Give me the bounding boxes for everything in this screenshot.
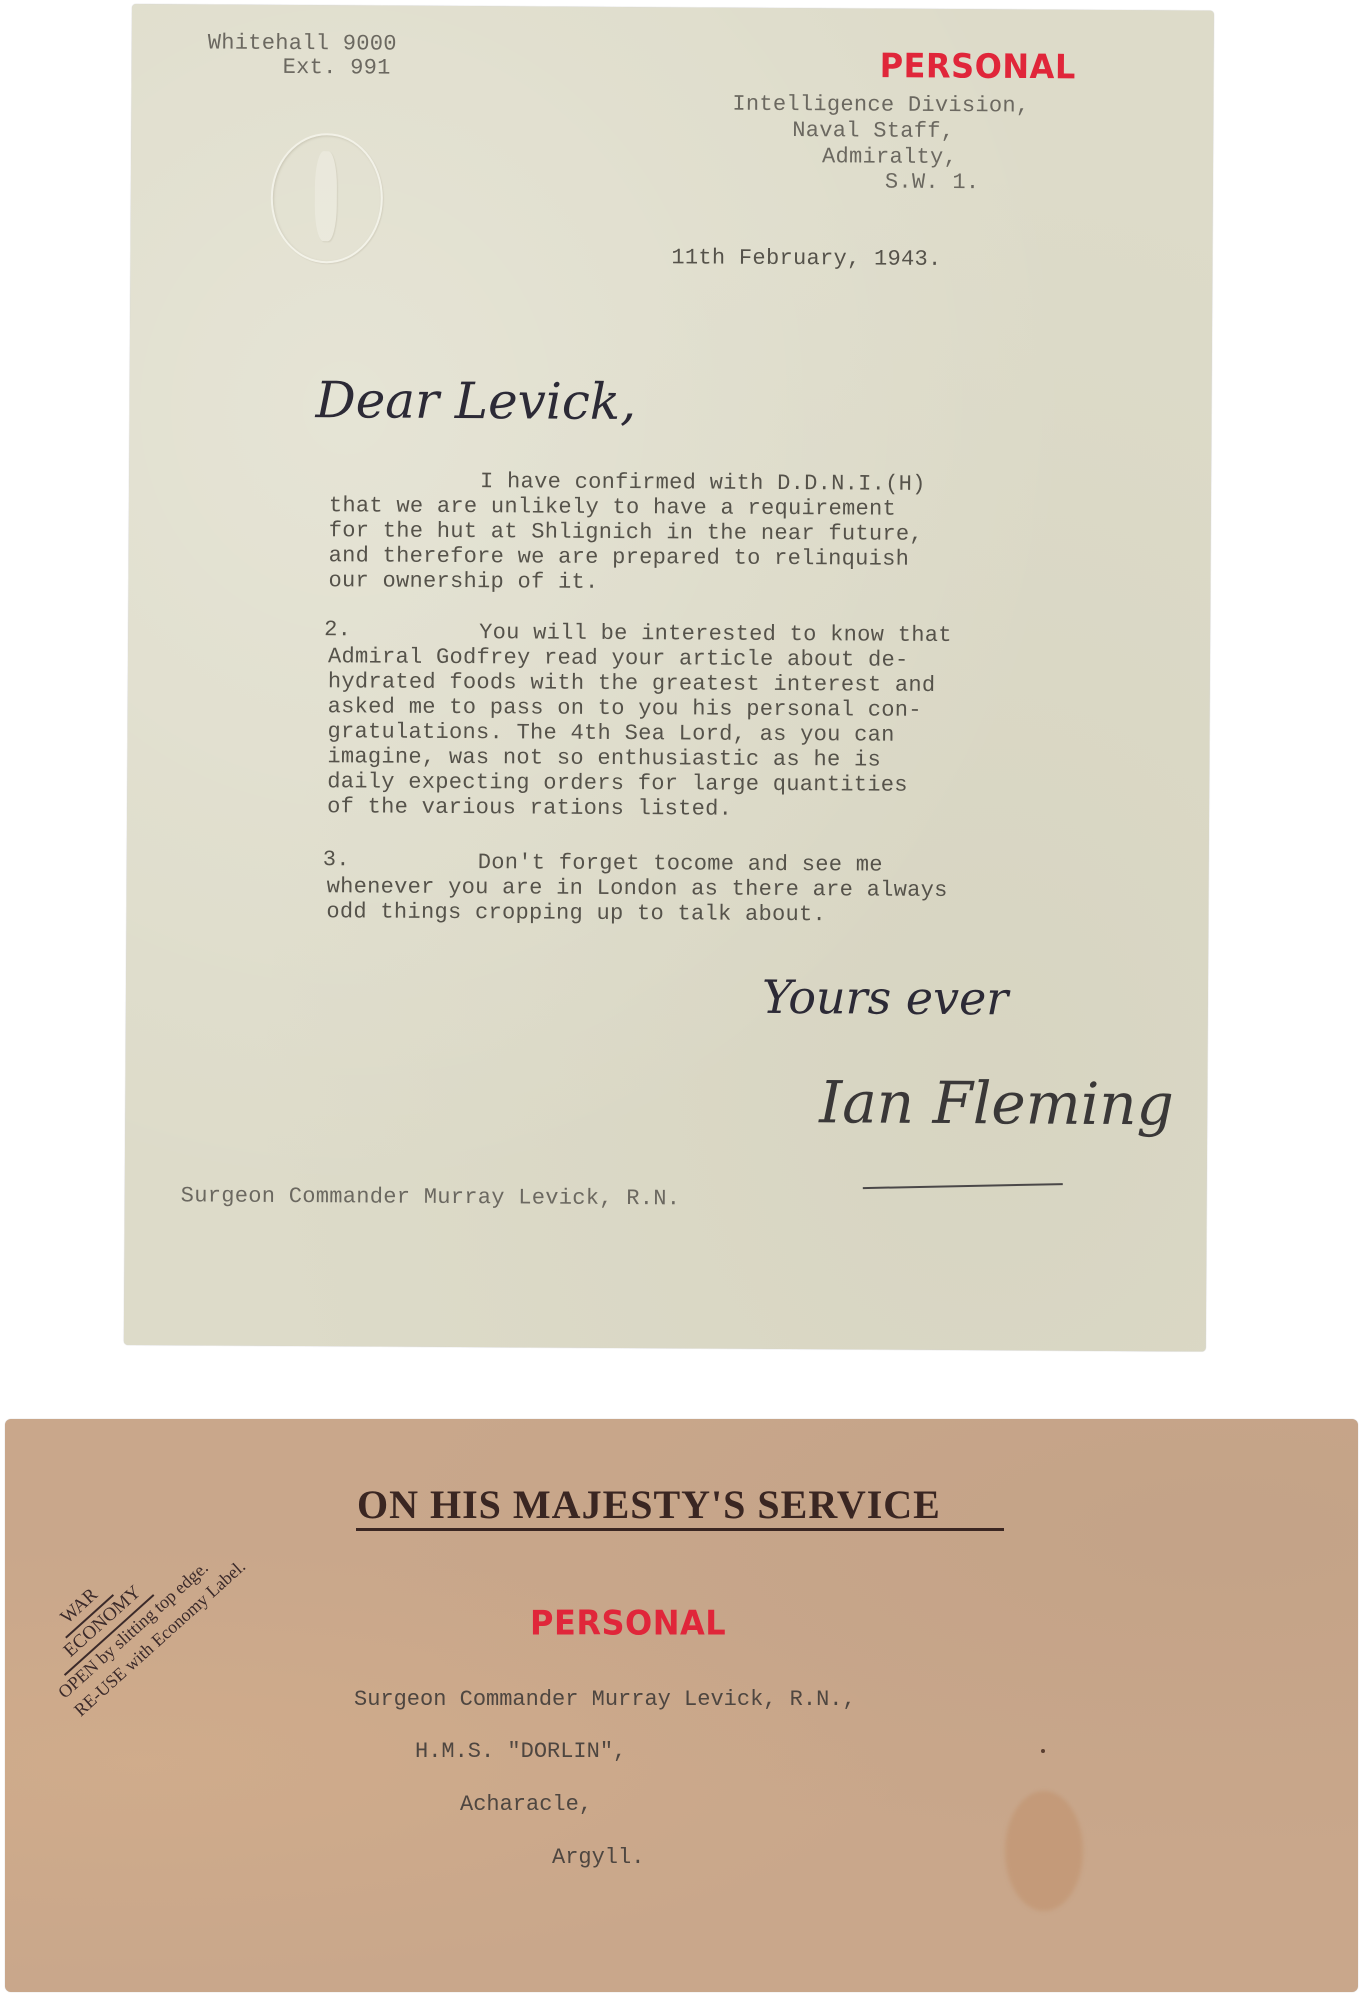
envelope-personal-stamp: PERSONAL bbox=[530, 1603, 726, 1643]
envelope-address-line-2: H.M.S. "DORLIN", bbox=[415, 1739, 626, 1764]
paragraph-2: You will be interested to know that Admi… bbox=[327, 619, 1048, 823]
paragraph-1: I have confirmed with D.D.N.I.(H) that w… bbox=[328, 468, 1049, 597]
embossed-seal-icon bbox=[270, 133, 383, 264]
water-stain bbox=[1005, 1791, 1083, 1911]
salutation: Dear Levick, bbox=[315, 371, 636, 431]
envelope: WAR ECONOMY OPEN by slitting top edge. R… bbox=[5, 1419, 1358, 1992]
paragraph-line: of the various rations listed. bbox=[327, 794, 1047, 823]
sender-address-line-4: S.W. 1. bbox=[885, 170, 980, 196]
paragraph-line: our ownership of it. bbox=[328, 568, 1048, 597]
sender-address-line-2: Naval Staff, bbox=[792, 118, 954, 144]
envelope-address-line-4: Argyll. bbox=[552, 1845, 644, 1870]
personal-stamp: PERSONAL bbox=[880, 46, 1076, 87]
telephone-number: Whitehall 9000 bbox=[208, 30, 397, 56]
war-economy-notice: WAR ECONOMY OPEN by slitting top edge. R… bbox=[3, 1463, 303, 1756]
letter-date: 11th February, 1943. bbox=[671, 245, 941, 272]
paragraph-3: Don't forget tocome and see me whenever … bbox=[326, 849, 1046, 928]
recipient-line: Surgeon Commander Murray Levick, R.N. bbox=[181, 1183, 681, 1211]
letter-sheet: Whitehall 9000 Ext. 991 PERSONAL Intelli… bbox=[124, 4, 1214, 1352]
sender-address-line-3: Admiralty, bbox=[822, 144, 957, 170]
closing: Yours ever bbox=[762, 970, 1009, 1026]
signature: Ian Fleming bbox=[819, 1068, 1174, 1138]
paragraph-line: odd things cropping up to talk about. bbox=[326, 899, 1046, 928]
signature-underline bbox=[863, 1183, 1063, 1189]
ohms-heading: ON HIS MAJESTY'S SERVICE bbox=[357, 1481, 941, 1528]
envelope-address-line-3: Acharacle, bbox=[460, 1792, 592, 1817]
speck bbox=[1041, 1749, 1045, 1753]
telephone-extension: Ext. 991 bbox=[283, 55, 391, 81]
sender-address-line-1: Intelligence Division, bbox=[732, 92, 1029, 119]
envelope-address-line-1: Surgeon Commander Murray Levick, R.N., bbox=[354, 1687, 856, 1712]
ohms-underline bbox=[356, 1528, 1004, 1531]
